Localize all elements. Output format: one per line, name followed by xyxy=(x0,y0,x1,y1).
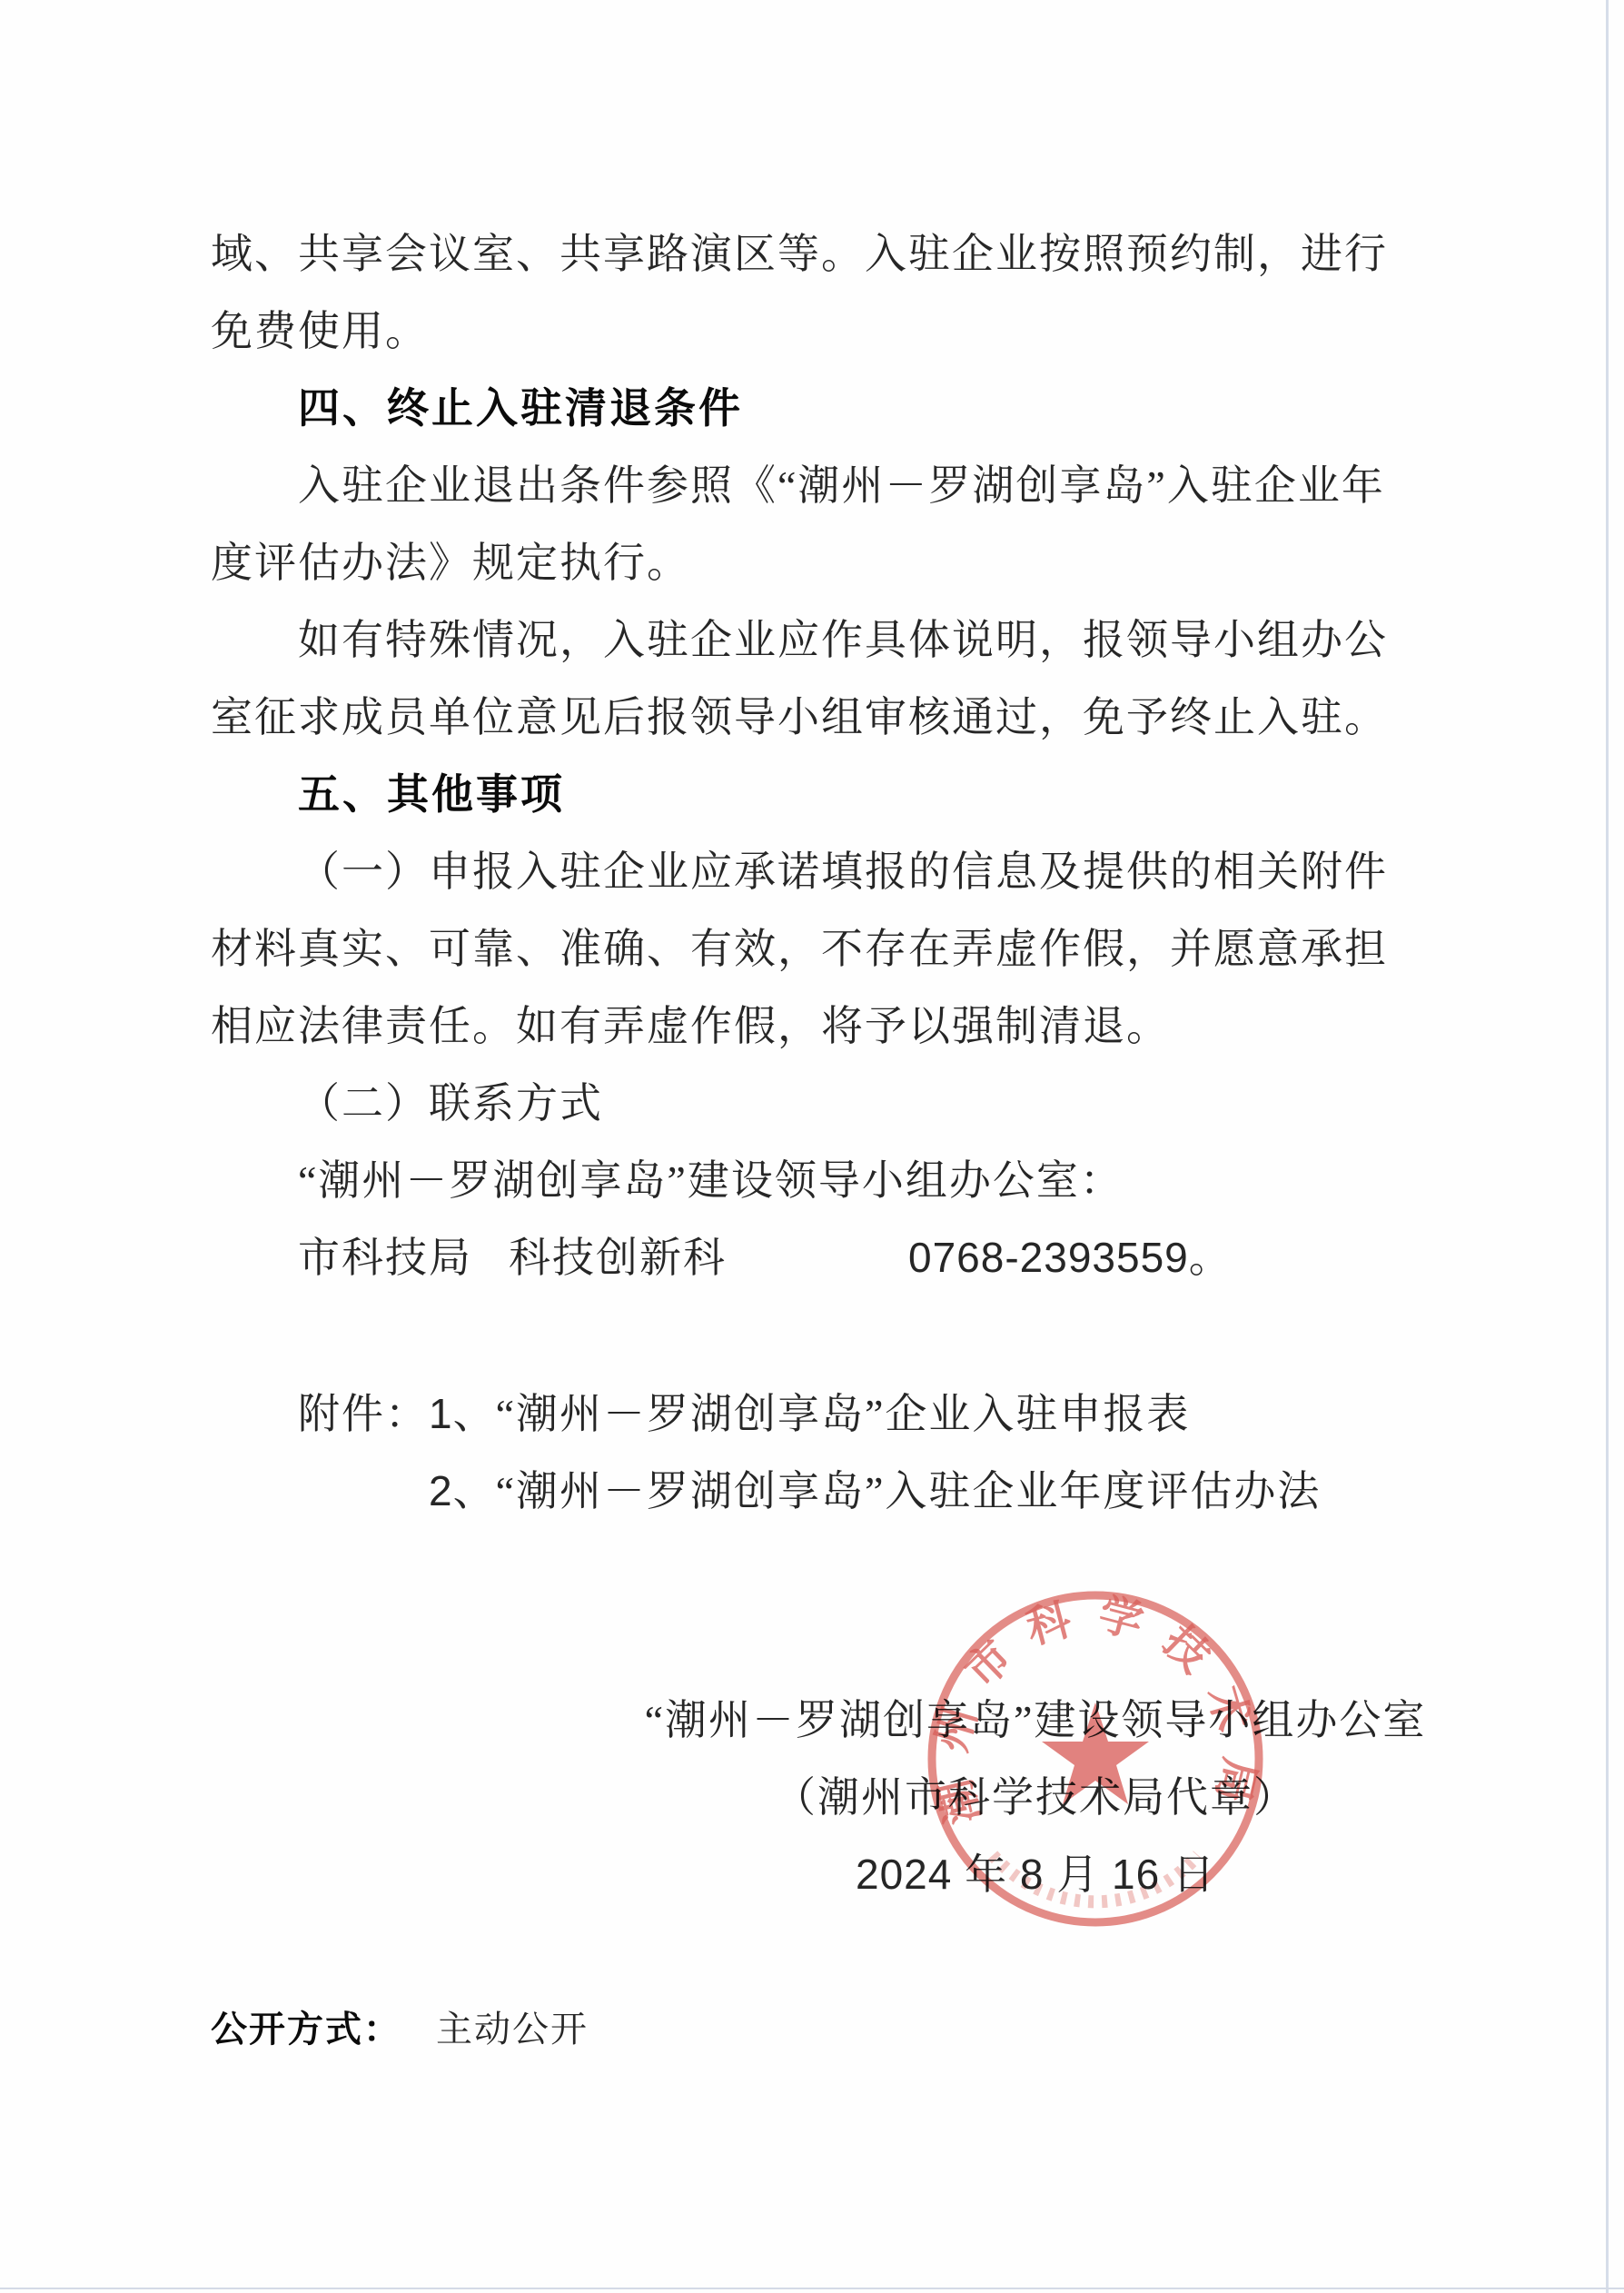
attachment-line-2: 2、“潮州－罗湖创享岛”入驻企业年度评估办法 xyxy=(211,1453,1573,1530)
body-line: 材料真实、可靠、准确、有效，不存在弄虚作假，并愿意承担 xyxy=(211,910,1573,988)
contact-line: 市科技局科技创新科0768-2393559。 xyxy=(211,1219,1573,1296)
body-line: （二）联系方式 xyxy=(211,1065,1573,1142)
body-line: 如有特殊情况，入驻企业应作具体说明，报领导小组办公 xyxy=(211,601,1573,679)
blank-gap xyxy=(211,1913,1573,1990)
contact-division: 科技创新科 xyxy=(509,1235,727,1281)
attachment-line-1: 附件：1、“潮州－罗湖创享岛”企业入驻申报表 xyxy=(211,1375,1573,1453)
signature-date: 2024 年 8 月 16 日 xyxy=(509,1836,1562,1913)
signature-agency: （潮州市科学技术局代章） xyxy=(509,1759,1562,1836)
signature-org: “潮州－罗湖创享岛”建设领导小组办公室 xyxy=(509,1682,1562,1759)
attachment-label: 附件： xyxy=(298,1391,429,1437)
disclosure-line: 公开方式：主动公开 xyxy=(211,1990,1573,2068)
body-line: 免费使用。 xyxy=(211,293,1573,370)
attachment-title: “潮州－罗湖创享岛”入驻企业年度评估办法 xyxy=(496,1468,1322,1514)
blank-gap xyxy=(211,1530,1573,1682)
attachment-title: “潮州－罗湖创享岛”企业入驻申报表 xyxy=(496,1391,1191,1437)
section-heading-4: 四、终止入驻清退条件 xyxy=(211,370,1573,447)
body-line: 入驻企业退出条件参照《“潮州－罗湖创享岛”入驻企业年 xyxy=(211,447,1573,524)
body-line: 度评估办法》规定执行。 xyxy=(211,524,1573,601)
page-edge-line-bottom xyxy=(0,2288,1624,2289)
disclosure-label: 公开方式： xyxy=(211,2010,401,2050)
contact-phone: 0768-2393559。 xyxy=(908,1234,1232,1281)
body-line: “潮州－罗湖创享岛”建设领导小组办公室： xyxy=(211,1142,1573,1219)
body-line: 室征求成员单位意见后报领导小组审核通过，免予终止入驻。 xyxy=(211,679,1573,756)
document-page: 域、共享会议室、共享路演区等。入驻企业按照预约制，进行 免费使用。 四、终止入驻… xyxy=(0,0,1624,2293)
body-line: 域、共享会议室、共享路演区等。入驻企业按照预约制，进行 xyxy=(211,215,1573,293)
page-edge-line-right xyxy=(1606,0,1609,2293)
disclosure-value: 主动公开 xyxy=(436,2009,589,2050)
signature-block: “潮州－罗湖创享岛”建设领导小组办公室 （潮州市科学技术局代章） 2024 年 … xyxy=(509,1682,1562,1913)
blank-gap xyxy=(211,1296,1573,1375)
section-heading-5: 五、其他事项 xyxy=(211,756,1573,833)
document-body: 域、共享会议室、共享路演区等。入驻企业按照预约制，进行 免费使用。 四、终止入驻… xyxy=(0,0,1624,2068)
body-line: （一）申报入驻企业应承诺填报的信息及提供的相关附件 xyxy=(211,833,1573,910)
attachment-no: 2、 xyxy=(429,1467,496,1514)
attachment-no: 1、 xyxy=(429,1390,496,1437)
body-line: 相应法律责任。如有弄虚作假，将予以强制清退。 xyxy=(211,988,1573,1065)
contact-dept: 市科技局 xyxy=(298,1235,472,1281)
